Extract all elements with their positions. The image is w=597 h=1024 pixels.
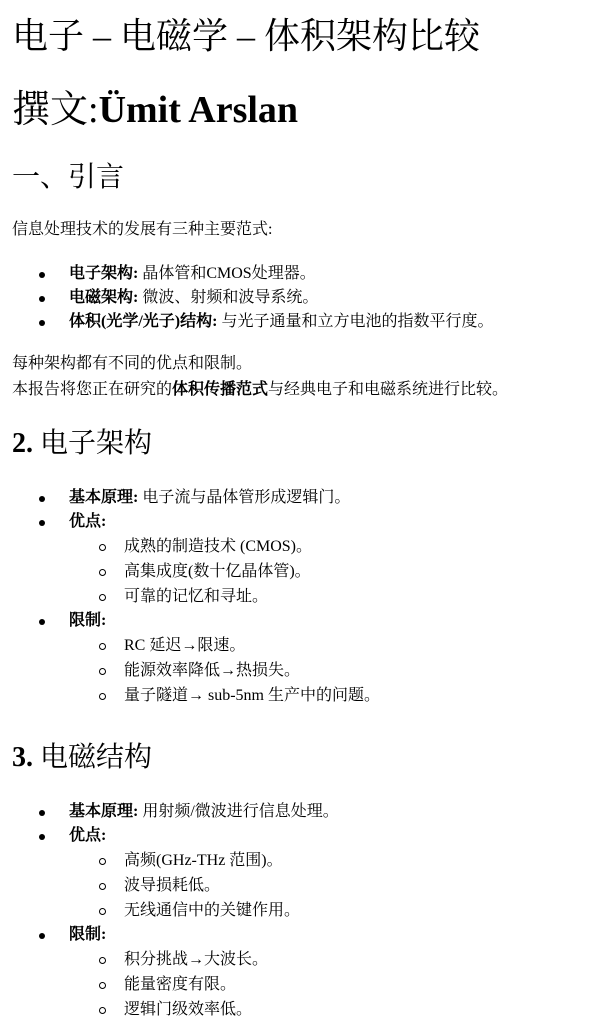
list-item: 电子架构: 晶体管和CMOS处理器。 [12, 262, 585, 286]
circle-bullet-icon [99, 957, 106, 964]
byline-prefix: 撰文: [12, 89, 99, 131]
list-item-advantages: 优点: 成熟的制造技术 (CMOS)。 高集成度(数十亿晶体管)。 可靠的记忆和… [12, 510, 585, 609]
list-item-principle: 基本原理: 电子流与晶体管形成逻辑门。 [12, 486, 585, 510]
advantages-sublist: 高频(GHz-THz 范围)。 波导损耗低。 无线通信中的关键作用。 [69, 848, 585, 923]
list-item-text: 晶体管和CMOS处理器。 [138, 265, 315, 282]
list-item-limitations: 限制: RC 延迟→限速。 能源效率降低→热损失。 量子隧道→ sub-5nm … [12, 609, 585, 708]
circle-bullet-icon [99, 643, 106, 650]
intro-closing-2: 本报告将您正在研究的体积传播范式与经典电子和电磁系统进行比较。 [12, 378, 585, 402]
circle-bullet-icon [99, 982, 106, 989]
document-page: 电子 – 电磁学 – 体积架构比较 撰文:Ümit Arslan 一、引言 信息… [0, 0, 597, 1022]
list-item: 电磁架构: 微波、射频和波导系统。 [12, 286, 585, 310]
section-number: 2. [12, 428, 33, 459]
circle-bullet-icon [99, 668, 106, 675]
paradigm-list: 电子架构: 晶体管和CMOS处理器。 电磁架构: 微波、射频和波导系统。 体积(… [12, 262, 585, 334]
sublist-item: 成熟的制造技术 (CMOS)。 [71, 534, 585, 559]
list-item-term: 限制: [69, 612, 106, 629]
list-item-term: 体积(光学/光子)结构: [69, 313, 217, 330]
sublist-item-text: 积分挑战→大波长。 [124, 951, 268, 968]
bullet-icon [39, 619, 45, 625]
list-item-text: 用射频/微波进行信息处理。 [138, 803, 338, 820]
bullet-icon [39, 933, 45, 939]
bullet-icon [39, 296, 45, 302]
list-item-term: 电磁架构: [69, 289, 138, 306]
section-heading-electronic: 2. 电子架构 [12, 424, 585, 464]
circle-bullet-icon [99, 883, 106, 890]
sublist-item: 无线通信中的关键作用。 [71, 898, 585, 923]
circle-bullet-icon [99, 594, 106, 601]
list-item-text: 与光子通量和立方电池的指数平行度。 [217, 313, 493, 330]
section-heading-electromagnetic: 3. 电磁结构 [12, 738, 585, 778]
sublist-item-text: 波导损耗低。 [124, 877, 220, 894]
circle-bullet-icon [99, 693, 106, 700]
bullet-icon [39, 496, 45, 502]
sublist-item: 能源效率降低→热损失。 [71, 658, 585, 683]
sublist-item-text: 高集成度(数十亿晶体管)。 [124, 563, 311, 580]
bullet-icon [39, 810, 45, 816]
section-heading-intro: 一、引言 [12, 158, 585, 198]
list-item-limitations: 限制: 积分挑战→大波长。 能量密度有限。 逻辑门级效率低。 [12, 923, 585, 1022]
list-item-advantages: 优点: 高频(GHz-THz 范围)。 波导损耗低。 无线通信中的关键作用。 [12, 824, 585, 923]
circle-bullet-icon [99, 544, 106, 551]
sublist-item-text: 成熟的制造技术 (CMOS)。 [124, 538, 312, 555]
sublist-item: 量子隧道→ sub-5nm 生产中的问题。 [71, 683, 585, 708]
sublist-item-text: 高频(GHz-THz 范围)。 [124, 852, 283, 869]
section-title: 电磁结构 [33, 742, 152, 773]
section-number: 3. [12, 742, 33, 773]
sublist-item-text: RC 延迟→限速。 [124, 637, 245, 654]
sublist-item-text: 无线通信中的关键作用。 [124, 902, 300, 919]
limitations-sublist: 积分挑战→大波长。 能量密度有限。 逻辑门级效率低。 [69, 947, 585, 1022]
sublist-item: 波导损耗低。 [71, 873, 585, 898]
list-item-principle: 基本原理: 用射频/微波进行信息处理。 [12, 800, 585, 824]
list-item-term: 基本原理: [69, 803, 138, 820]
sublist-item: RC 延迟→限速。 [71, 633, 585, 658]
list-item-term: 电子架构: [69, 265, 138, 282]
list-item-term: 基本原理: [69, 489, 138, 506]
section-title: 电子架构 [33, 428, 152, 459]
list-item-text: 电子流与晶体管形成逻辑门。 [138, 489, 350, 506]
sublist-item: 逻辑门级效率低。 [71, 997, 585, 1022]
circle-bullet-icon [99, 1007, 106, 1014]
sublist-item-text: 量子隧道→ sub-5nm 生产中的问题。 [124, 687, 380, 704]
list-item-term: 优点: [69, 827, 106, 844]
sublist-item-text: 能源效率降低→热损失。 [124, 662, 300, 679]
bullet-icon [39, 520, 45, 526]
list-item: 体积(光学/光子)结构: 与光子通量和立方电池的指数平行度。 [12, 310, 585, 334]
document-title: 电子 – 电磁学 – 体积架构比较 [12, 0, 585, 62]
intro-closing-1: 每种架构都有不同的优点和限制。 [12, 352, 585, 376]
sublist-item: 能量密度有限。 [71, 972, 585, 997]
list-item-text: 微波、射频和波导系统。 [138, 289, 318, 306]
sublist-item: 高集成度(数十亿晶体管)。 [71, 559, 585, 584]
intro-lead: 信息处理技术的发展有三种主要范式: [12, 218, 585, 242]
sublist-item-text: 能量密度有限。 [124, 976, 236, 993]
list-item-term: 限制: [69, 926, 106, 943]
sublist-item-text: 逻辑门级效率低。 [124, 1001, 252, 1018]
closing-text-before: 本报告将您正在研究的 [12, 381, 172, 398]
closing-text-bold: 体积传播范式 [172, 381, 268, 398]
circle-bullet-icon [99, 908, 106, 915]
advantages-sublist: 成熟的制造技术 (CMOS)。 高集成度(数十亿晶体管)。 可靠的记忆和寻址。 [69, 534, 585, 609]
sublist-item-text: 可靠的记忆和寻址。 [124, 588, 268, 605]
author-name: Ümit Arslan [99, 89, 299, 131]
circle-bullet-icon [99, 569, 106, 576]
electromagnetic-list: 基本原理: 用射频/微波进行信息处理。 优点: 高频(GHz-THz 范围)。 … [12, 800, 585, 1022]
bullet-icon [39, 320, 45, 326]
limitations-sublist: RC 延迟→限速。 能源效率降低→热损失。 量子隧道→ sub-5nm 生产中的… [69, 633, 585, 708]
list-item-term: 优点: [69, 513, 106, 530]
sublist-item: 高频(GHz-THz 范围)。 [71, 848, 585, 873]
circle-bullet-icon [99, 858, 106, 865]
sublist-item: 积分挑战→大波长。 [71, 947, 585, 972]
sublist-item: 可靠的记忆和寻址。 [71, 584, 585, 609]
bullet-icon [39, 272, 45, 278]
electronic-list: 基本原理: 电子流与晶体管形成逻辑门。 优点: 成熟的制造技术 (CMOS)。 … [12, 486, 585, 708]
bullet-icon [39, 834, 45, 840]
closing-text-after: 与经典电子和电磁系统进行比较。 [268, 381, 508, 398]
byline: 撰文:Ümit Arslan [12, 84, 585, 136]
